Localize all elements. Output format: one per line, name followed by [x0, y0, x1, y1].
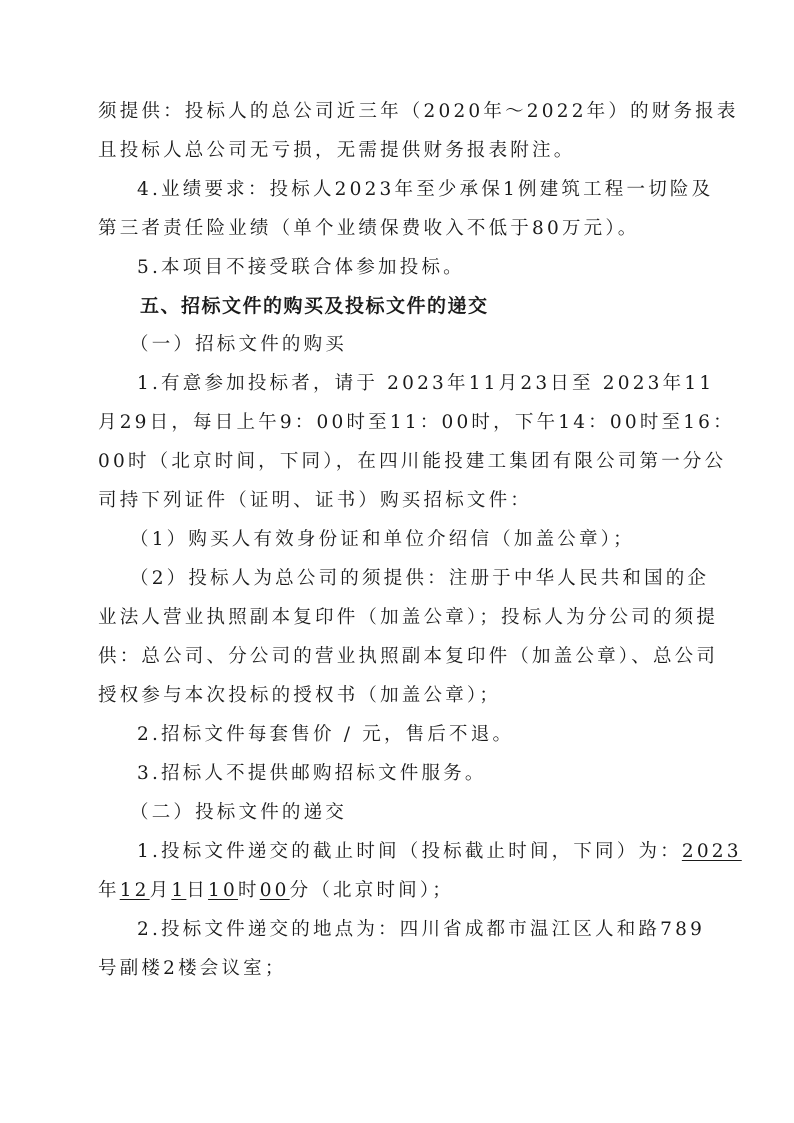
paragraph-line: 1.有意参加投标者，请于 2023年11月23日至 2023年11: [137, 372, 714, 396]
section-heading: 五、招标文件的购买及投标文件的递交: [140, 294, 489, 318]
paragraph-line: 供：总公司、分公司的营业执照副本复印件（加盖公章）、总公司: [98, 645, 718, 669]
paragraph-line: 3.招标人不提供邮购招标文件服务。: [137, 762, 487, 786]
subsection-heading: （一）招标文件的购买: [130, 333, 347, 357]
paragraph-line: 月29日，每日上午9：00时至11：00时，下午14：00时至16：: [98, 411, 735, 435]
timezone-note: （北京时间）；: [311, 880, 454, 901]
deadline-minute: 00: [260, 880, 290, 901]
subsection-heading: （二）投标文件的递交: [130, 801, 347, 825]
year-unit: 年: [98, 880, 120, 901]
paragraph-line: 第三者责任险业绩（单个业绩保费收入不低于80万元）。: [98, 217, 640, 241]
month-unit: 月: [150, 880, 172, 901]
paragraph-line: 5.本项目不接受联合体参加投标。: [137, 256, 465, 280]
deadline-month: 12: [120, 880, 150, 901]
paragraph-line: （2）投标人为总公司的须提供：注册于中华人民共和国的企: [130, 567, 709, 591]
day-unit: 日: [186, 880, 208, 901]
paragraph-line: 1.投标文件递交的截止时间（投标截止时间，下同）为：2023: [137, 840, 742, 864]
paragraph-line: 授权参与本次投标的授权书（加盖公章）；: [98, 684, 501, 708]
paragraph-line: 须提供：投标人的总公司近三年（2020年～2022年）的财务报表: [98, 100, 739, 124]
paragraph-line: 年12月1日10时00分（北京时间）；: [98, 879, 454, 903]
paragraph-line: 2.投标文件递交的地点为：四川省成都市温江区人和路789: [137, 918, 705, 942]
hour-unit: 时: [238, 880, 260, 901]
paragraph-line: 司持下列证件（证明、证书）购买招标文件：: [98, 489, 532, 513]
deadline-year: 2023: [682, 841, 742, 862]
minute-unit: 分: [290, 880, 312, 901]
paragraph-line: 业法人营业执照副本复印件（加盖公章）；投标人为分公司的须提: [98, 606, 718, 630]
deadline-hour: 10: [208, 880, 238, 901]
deadline-text: 1.投标文件递交的截止时间（投标截止时间，下同）为：: [137, 841, 682, 862]
paragraph-line: 4.业绩要求：投标人2023年至少承保1例建筑工程一切险及: [137, 178, 713, 202]
deadline-day: 1: [171, 880, 186, 901]
paragraph-line: （1）购买人有效身份证和单位介绍信（加盖公章）；: [130, 528, 635, 552]
paragraph-line: 号副楼2楼会议室；: [98, 957, 287, 981]
paragraph-line: 且投标人总公司无亏损，无需提供财务报表附注。: [98, 139, 575, 163]
paragraph-line: 00时（北京时间，下同），在四川能投建工集团有限公司第一分公: [98, 450, 726, 474]
paragraph-line: 2.招标文件每套售价 / 元，售后不退。: [137, 723, 514, 747]
